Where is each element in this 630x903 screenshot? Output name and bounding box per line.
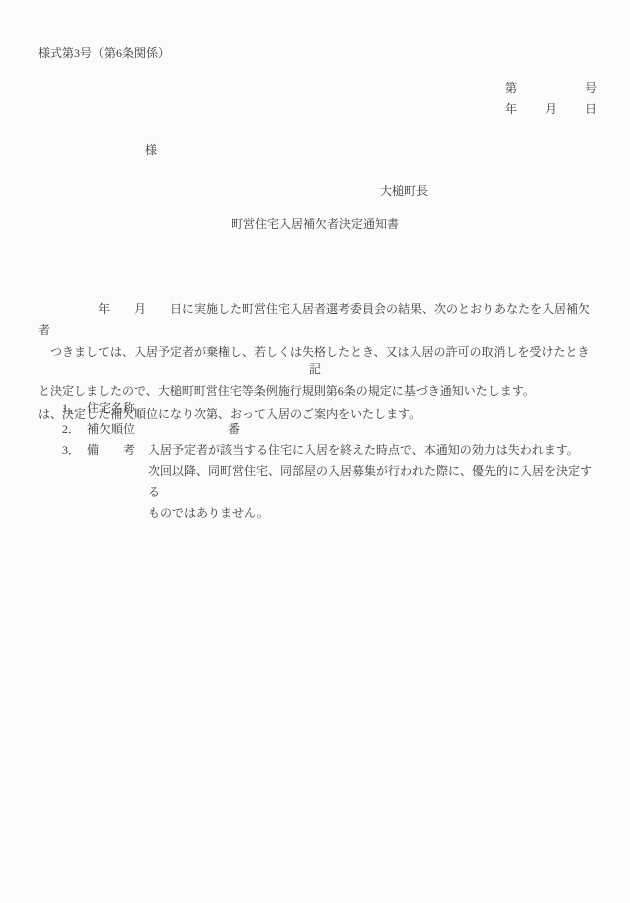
document-title: 町営住宅入居補欠者決定通知書 <box>0 218 630 230</box>
item-remarks: 3． 備 考 入居予定者が該当する住宅に入居を終えた時点で、本通知の効力は失われ… <box>62 440 602 524</box>
item-alternate-rank: 2． 補欠順位 番 <box>62 419 602 440</box>
item-value-unit: 番 <box>148 419 240 440</box>
date-day-label: 日 <box>585 103 597 115</box>
form-number: 様式第3号（第6条関係） <box>38 47 170 59</box>
addressee-honorific: 様 <box>145 144 157 156</box>
date-month-label: 月 <box>545 103 557 115</box>
item-number: 1． <box>62 398 87 419</box>
record-marker: 記 <box>0 363 630 375</box>
item-housing-name: 1． 住宅名称 <box>62 398 602 419</box>
item-list: 1． 住宅名称 2． 補欠順位 番 3． 備 考 入居予定者が該当する住宅に入居… <box>62 398 602 524</box>
item-remarks-notes: 入居予定者が該当する住宅に入居を終えた時点で、本通知の効力は失われます。 次回以… <box>148 440 602 524</box>
date-line: 年 月 日 <box>505 103 597 115</box>
document-page: 様式第3号（第6条関係） 第 号 年 月 日 様 大槌町長 町営住宅入居補欠者決… <box>0 0 630 903</box>
sender-title: 大槌町長 <box>380 185 428 197</box>
item-label: 住宅名称 <box>87 398 148 419</box>
date-year-label: 年 <box>505 103 517 115</box>
item-number: 3． <box>62 440 87 461</box>
doc-number-suffix: 号 <box>585 82 597 94</box>
remarks-note-line: 入居予定者が該当する住宅に入居を終えた時点で、本通知の効力は失われます。 <box>148 440 602 461</box>
item-label: 補欠順位 <box>87 419 148 440</box>
item-number: 2． <box>62 419 87 440</box>
remarks-note-line: ものではありません。 <box>148 503 602 524</box>
doc-number-line: 第 号 <box>505 82 597 94</box>
item-label: 備 考 <box>87 440 148 461</box>
paragraph-line: つきましては、入居予定者が棄権し、若しくは失格したとき、又は入居の許可の取消しを… <box>38 342 598 363</box>
remarks-note-line: 次回以降、同町営住宅、同部屋の入居募集が行われた際に、優先的に入居を決定する <box>148 461 602 503</box>
doc-number-prefix: 第 <box>505 82 517 94</box>
